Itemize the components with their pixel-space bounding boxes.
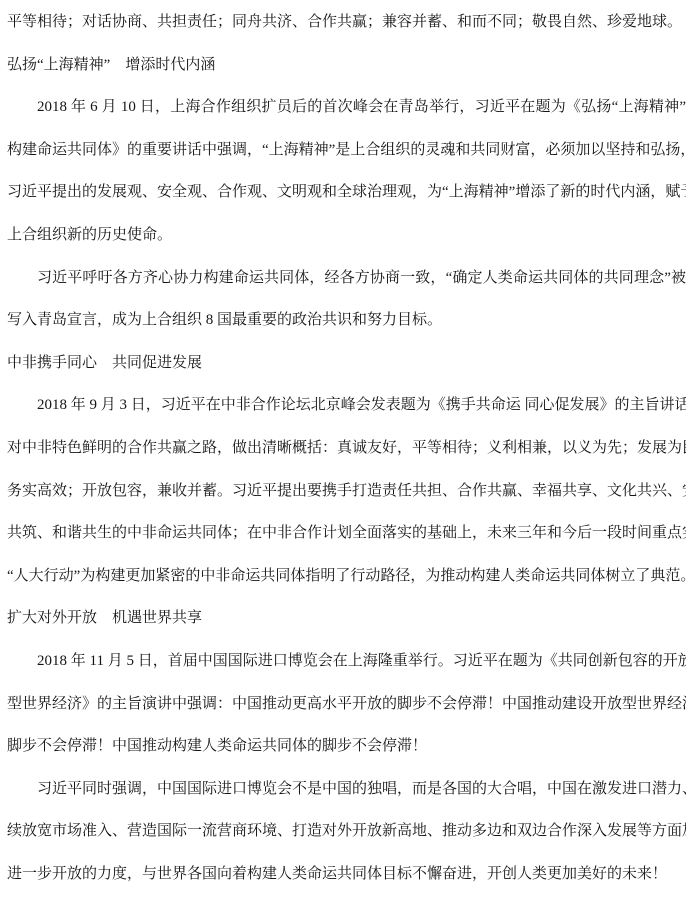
text-line: 续放宽市场准入、营造国际一流营商环境、打造对外开放新高地、推动多边和双边合作深入…	[7, 810, 686, 853]
section-heading: 弘扬“上海精神” 增添时代内涵	[7, 44, 686, 87]
text-line: 共筑、和谐共生的中非命运共同体；在中非合作计划全面落实的基础上，未来三年和今后一…	[7, 512, 686, 555]
text-line: 习近平提出的发展观、安全观、合作观、文明观和全球治理观，为“上海精神”增添了新的…	[7, 171, 686, 214]
text-line: 2018 年 9 月 3 日，习近平在中非合作论坛北京峰会发表题为《携手共命运 …	[7, 384, 686, 427]
text-line: 2018 年 6 月 10 日，上海合作组织扩员后的首次峰会在青岛举行，习近平在…	[7, 86, 686, 129]
document-page: 平等相待；对话协商、共担责任；同舟共济、合作共赢；兼容并蓄、和而不同；敬畏自然、…	[0, 0, 693, 900]
text-line: 对中非特色鲜明的合作共赢之路，做出清晰概括：真诚友好，平等相待；义利相兼，以义为…	[7, 427, 686, 470]
text-line: 构建命运共同体》的重要讲话中强调，“上海精神”是上合组织的灵魂和共同财富，必须加…	[7, 129, 686, 172]
text-line: “人大行动”为构建更加紧密的中非命运共同体指明了行动路径，为推动构建人类命运共同…	[7, 555, 686, 598]
text-line: 习近平同时强调，中国国际进口博览会不是中国的独唱，而是各国的大合唱，中国在激发进…	[7, 768, 686, 811]
text-line: 脚步不会停滞！中国推动构建人类命运共同体的脚步不会停滞！	[7, 725, 686, 768]
section-heading: 扩大对外开放 机遇世界共享	[7, 597, 686, 640]
text-line: 务实高效；开放包容，兼收并蓄。习近平提出要携手打造责任共担、合作共赢、幸福共享、…	[7, 470, 686, 513]
text-line: 上合组织新的历史使命。	[7, 214, 686, 257]
text-line: 平等相待；对话协商、共担责任；同舟共济、合作共赢；兼容并蓄、和而不同；敬畏自然、…	[7, 1, 686, 44]
text-line: 型世界经济》的主旨演讲中强调：中国推动更高水平开放的脚步不会停滞！中国推动建设开…	[7, 683, 686, 726]
text-line: 进一步开放的力度，与世界各国向着构建人类命运共同体目标不懈奋进，开创人类更加美好…	[7, 853, 686, 896]
text-line: 2018 年 11 月 5 日，首届中国国际进口博览会在上海隆重举行。习近平在题…	[7, 640, 686, 683]
text-line: 写入青岛宣言，成为上合组织 8 国最重要的政治共识和努力目标。	[7, 299, 686, 342]
text-line: 习近平呼吁各方齐心协力构建命运共同体，经各方协商一致，“确定人类命运共同体的共同…	[7, 257, 686, 300]
section-heading: 中非携手同心 共同促进发展	[7, 342, 686, 385]
